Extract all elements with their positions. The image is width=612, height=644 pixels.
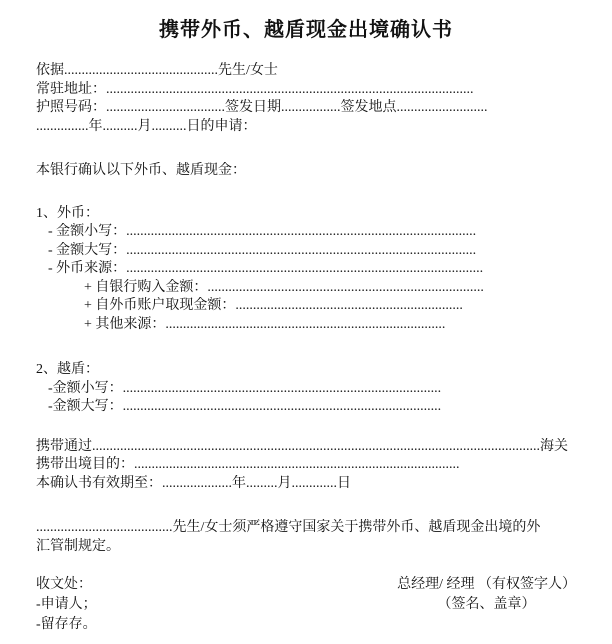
passport-line: 护照号码：..................................签… xyxy=(36,99,606,118)
recipient-file-copy-line: -留存存。 xyxy=(36,615,97,635)
footer-recipients-block: 收文处： -申请人； -留存存。 xyxy=(36,575,97,635)
foreign-currency-heading: 1、外币： xyxy=(36,205,606,224)
signer-title-line: 总经理/ 经理 （有权签字人） xyxy=(397,575,576,595)
footer: 收文处： -申请人； -留存存。 总经理/ 经理 （有权签字人） （签名、盖章） xyxy=(0,575,612,635)
document-title: 携带外币、越盾现金出境确认书 xyxy=(0,0,612,42)
vnd-amount-figures-line: -金额小写：..................................… xyxy=(36,380,606,399)
fc-other-source-line: + 其他来源：.................................… xyxy=(36,316,606,335)
recipient-applicant-line: -申请人； xyxy=(36,595,97,615)
document-page: 携带外币、越盾现金出境确认书 依据.......................… xyxy=(0,0,612,644)
fc-bank-purchase-line: + 自银行购入金额：..............................… xyxy=(36,279,606,298)
document-body: 依据......................................… xyxy=(0,62,612,556)
vnd-heading: 2、越盾： xyxy=(36,361,606,380)
footer-signature-block: 总经理/ 经理 （有权签字人） （签名、盖章） xyxy=(397,575,576,615)
application-date-line: ...............年..........月..........日的申… xyxy=(36,118,606,137)
fc-amount-words-line: - 金额大写：.................................… xyxy=(36,242,606,261)
fc-source-line: - 外币来源：.................................… xyxy=(36,260,606,279)
fc-amount-figures-line: - 金额小写：.................................… xyxy=(36,223,606,242)
vnd-amount-words-line: -金额大写：..................................… xyxy=(36,398,606,417)
purpose-line: 携带出境目的：.................................… xyxy=(36,456,606,475)
fc-account-withdrawal-line: + 自外币账户取现金额：............................… xyxy=(36,297,606,316)
basis-line: 依据......................................… xyxy=(36,62,606,81)
recipients-label: 收文处： xyxy=(36,575,97,595)
confirmation-line: 本银行确认以下外币、越盾现金： xyxy=(36,162,606,181)
validity-line: 本确认书有效期至：....................年.........月… xyxy=(36,475,606,494)
customs-line: 携带通过....................................… xyxy=(36,438,606,457)
address-line: 常驻地址：...................................… xyxy=(36,81,606,100)
notice-line-2: 汇管制规定。 xyxy=(36,538,606,557)
sign-seal-line: （签名、盖章） xyxy=(397,595,576,615)
notice-line-1: .......................................先… xyxy=(36,519,606,538)
